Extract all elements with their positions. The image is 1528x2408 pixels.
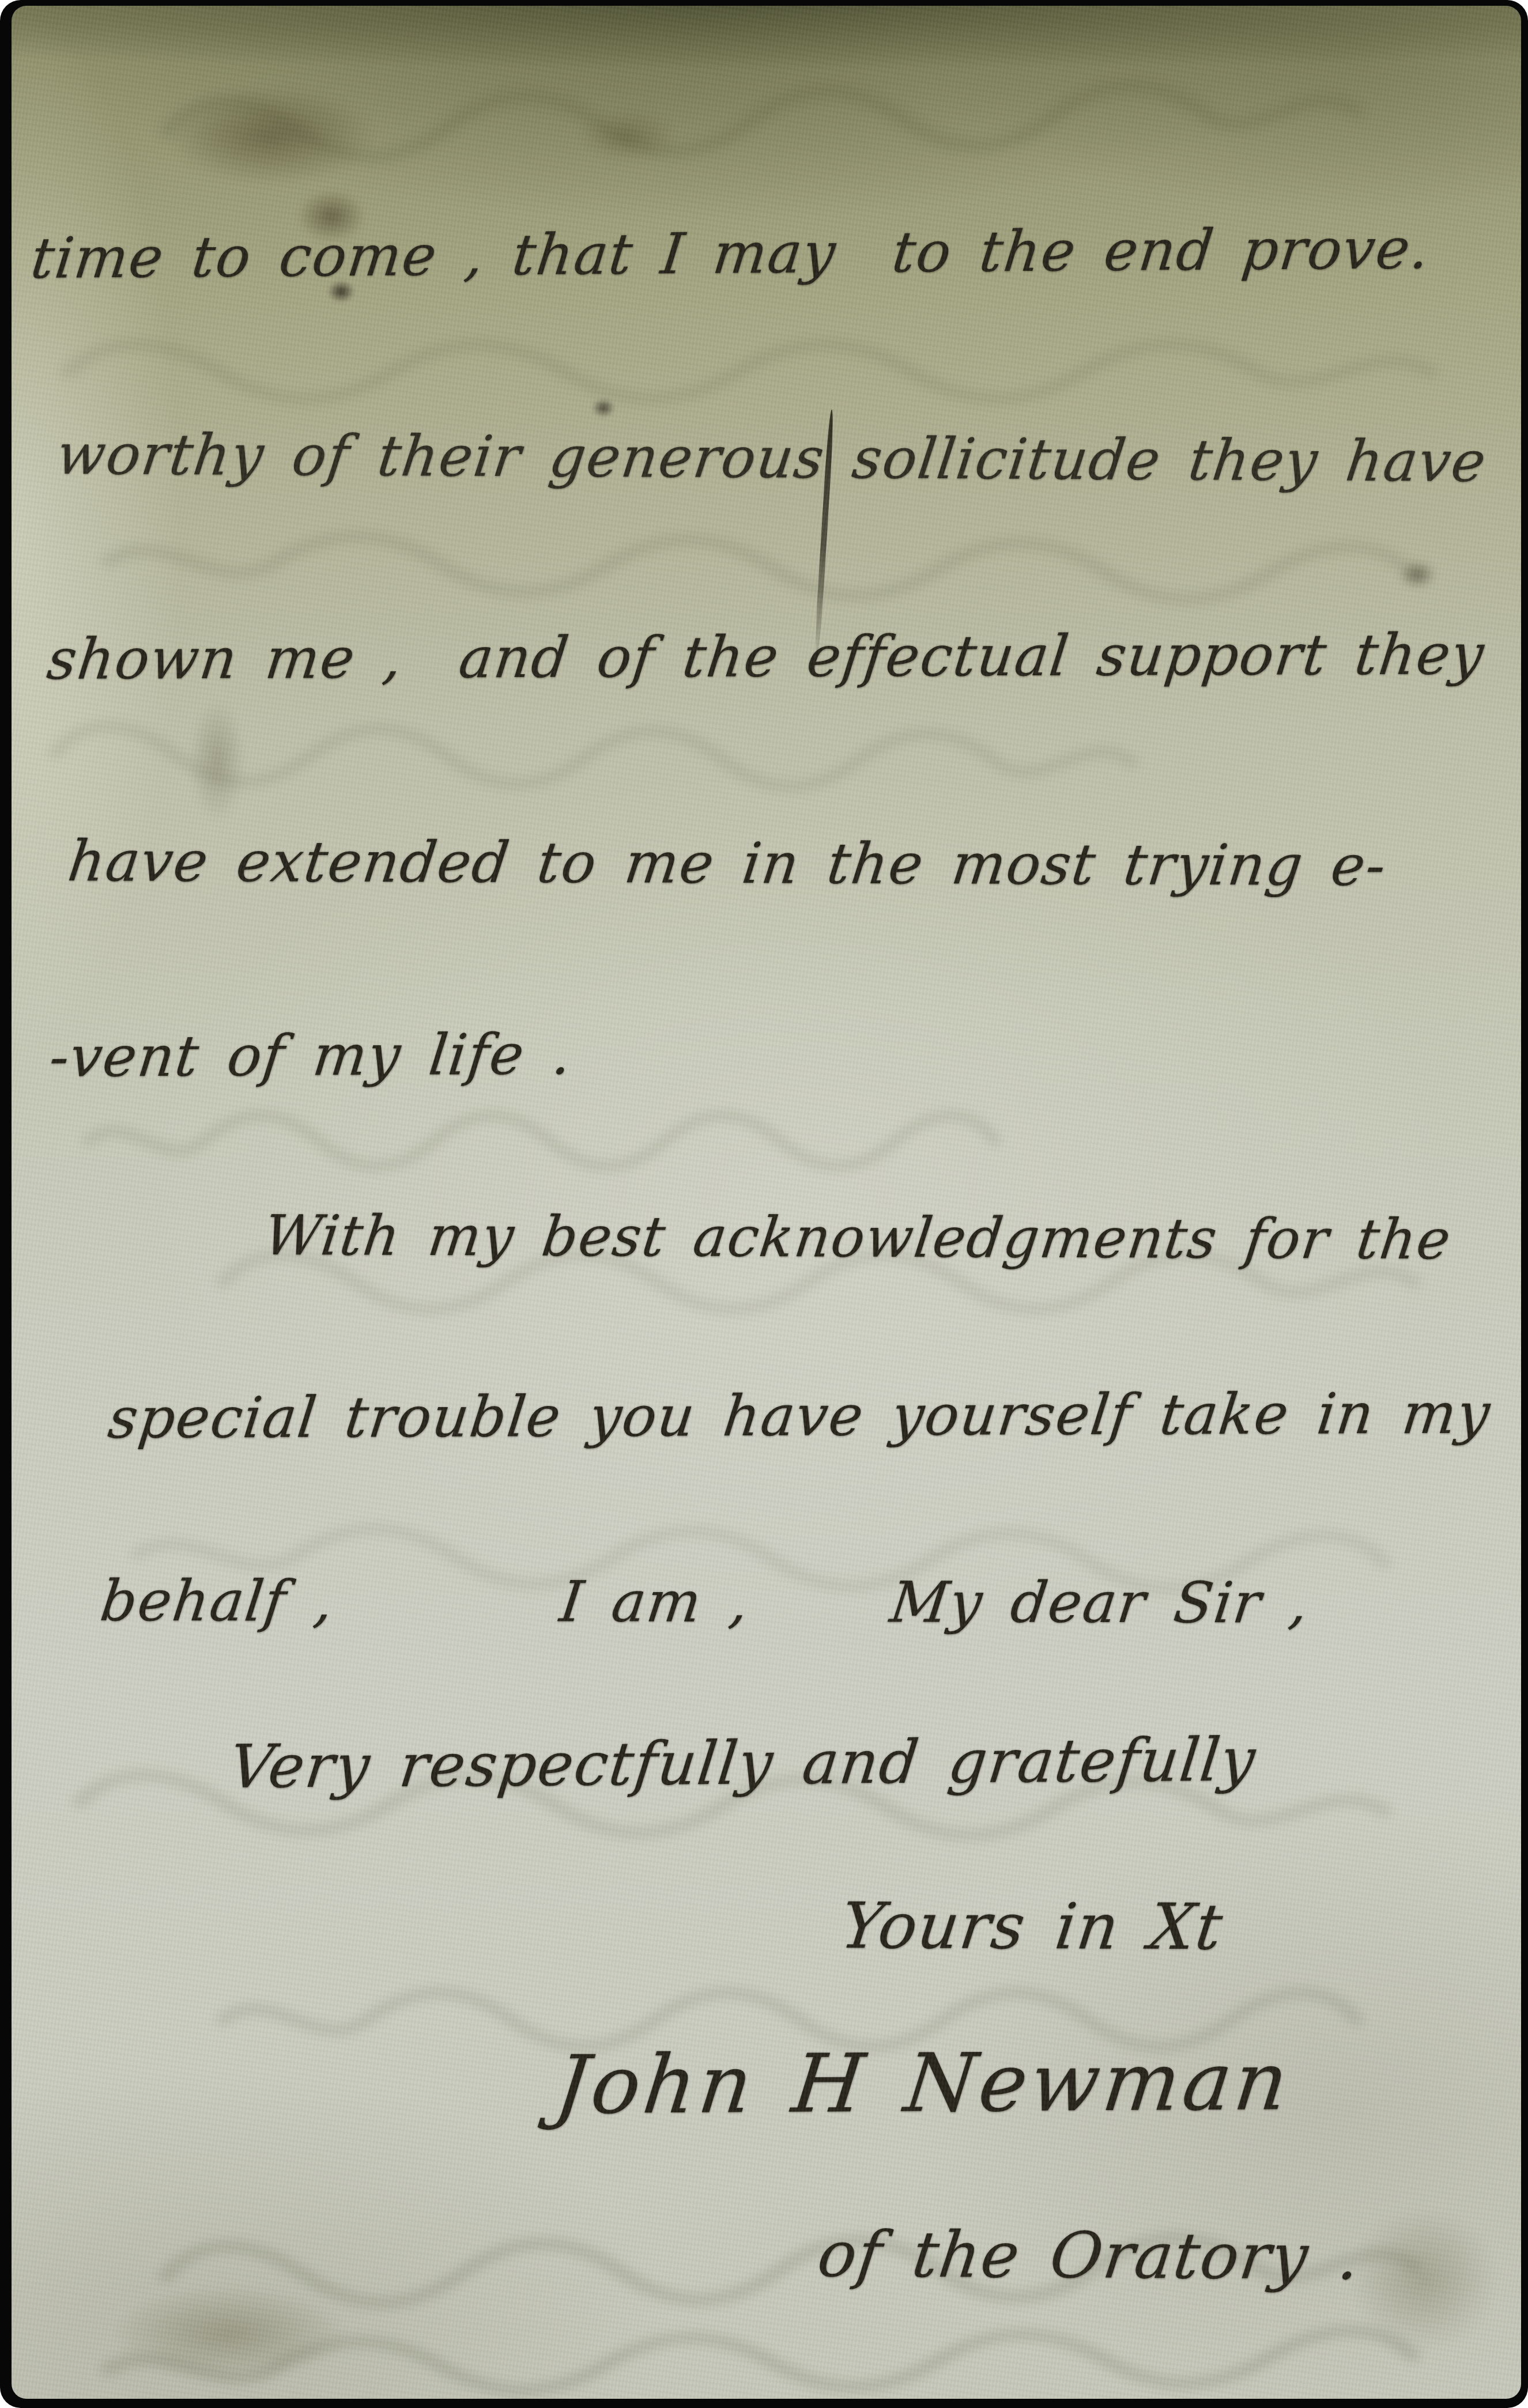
signature-suffix: of the Oratory .	[814, 2217, 1365, 2294]
letter-closing-line: Very respectfully and gratefully	[226, 1725, 1260, 1802]
letter-line: special trouble you have yourself take i…	[105, 1381, 1495, 1451]
letter-page: time to come , that I may to the end pro…	[12, 6, 1521, 2399]
ink-bleedthrough	[97, 517, 1424, 618]
ink-bleedthrough	[58, 328, 1441, 415]
letter-line: -vent of my life .	[46, 1022, 576, 1090]
letter-photo: time to come , that I may to the end pro…	[0, 0, 1528, 2408]
signature: John H Newman	[550, 2035, 1296, 2133]
letter-line: have extended to me in the most trying e…	[65, 829, 1390, 899]
letter-line: worthy of their generous sollicitude the…	[53, 422, 1491, 495]
ink-bleedthrough	[81, 1101, 1003, 1181]
letter-valediction: Yours in Xt	[837, 1889, 1228, 1964]
letter-line: shown me , and of the effectual support …	[44, 622, 1488, 693]
ink-bleedthrough	[97, 2315, 1424, 2399]
letter-line: time to come , that I may to the end pro…	[28, 216, 1433, 292]
ink-bleedthrough	[46, 710, 1141, 806]
letter-line: behalf , I am , My dear Sir ,	[97, 1568, 1313, 1636]
letter-line: With my best acknowledgments for the	[261, 1203, 1455, 1272]
ink-bleedthrough	[155, 65, 1367, 178]
